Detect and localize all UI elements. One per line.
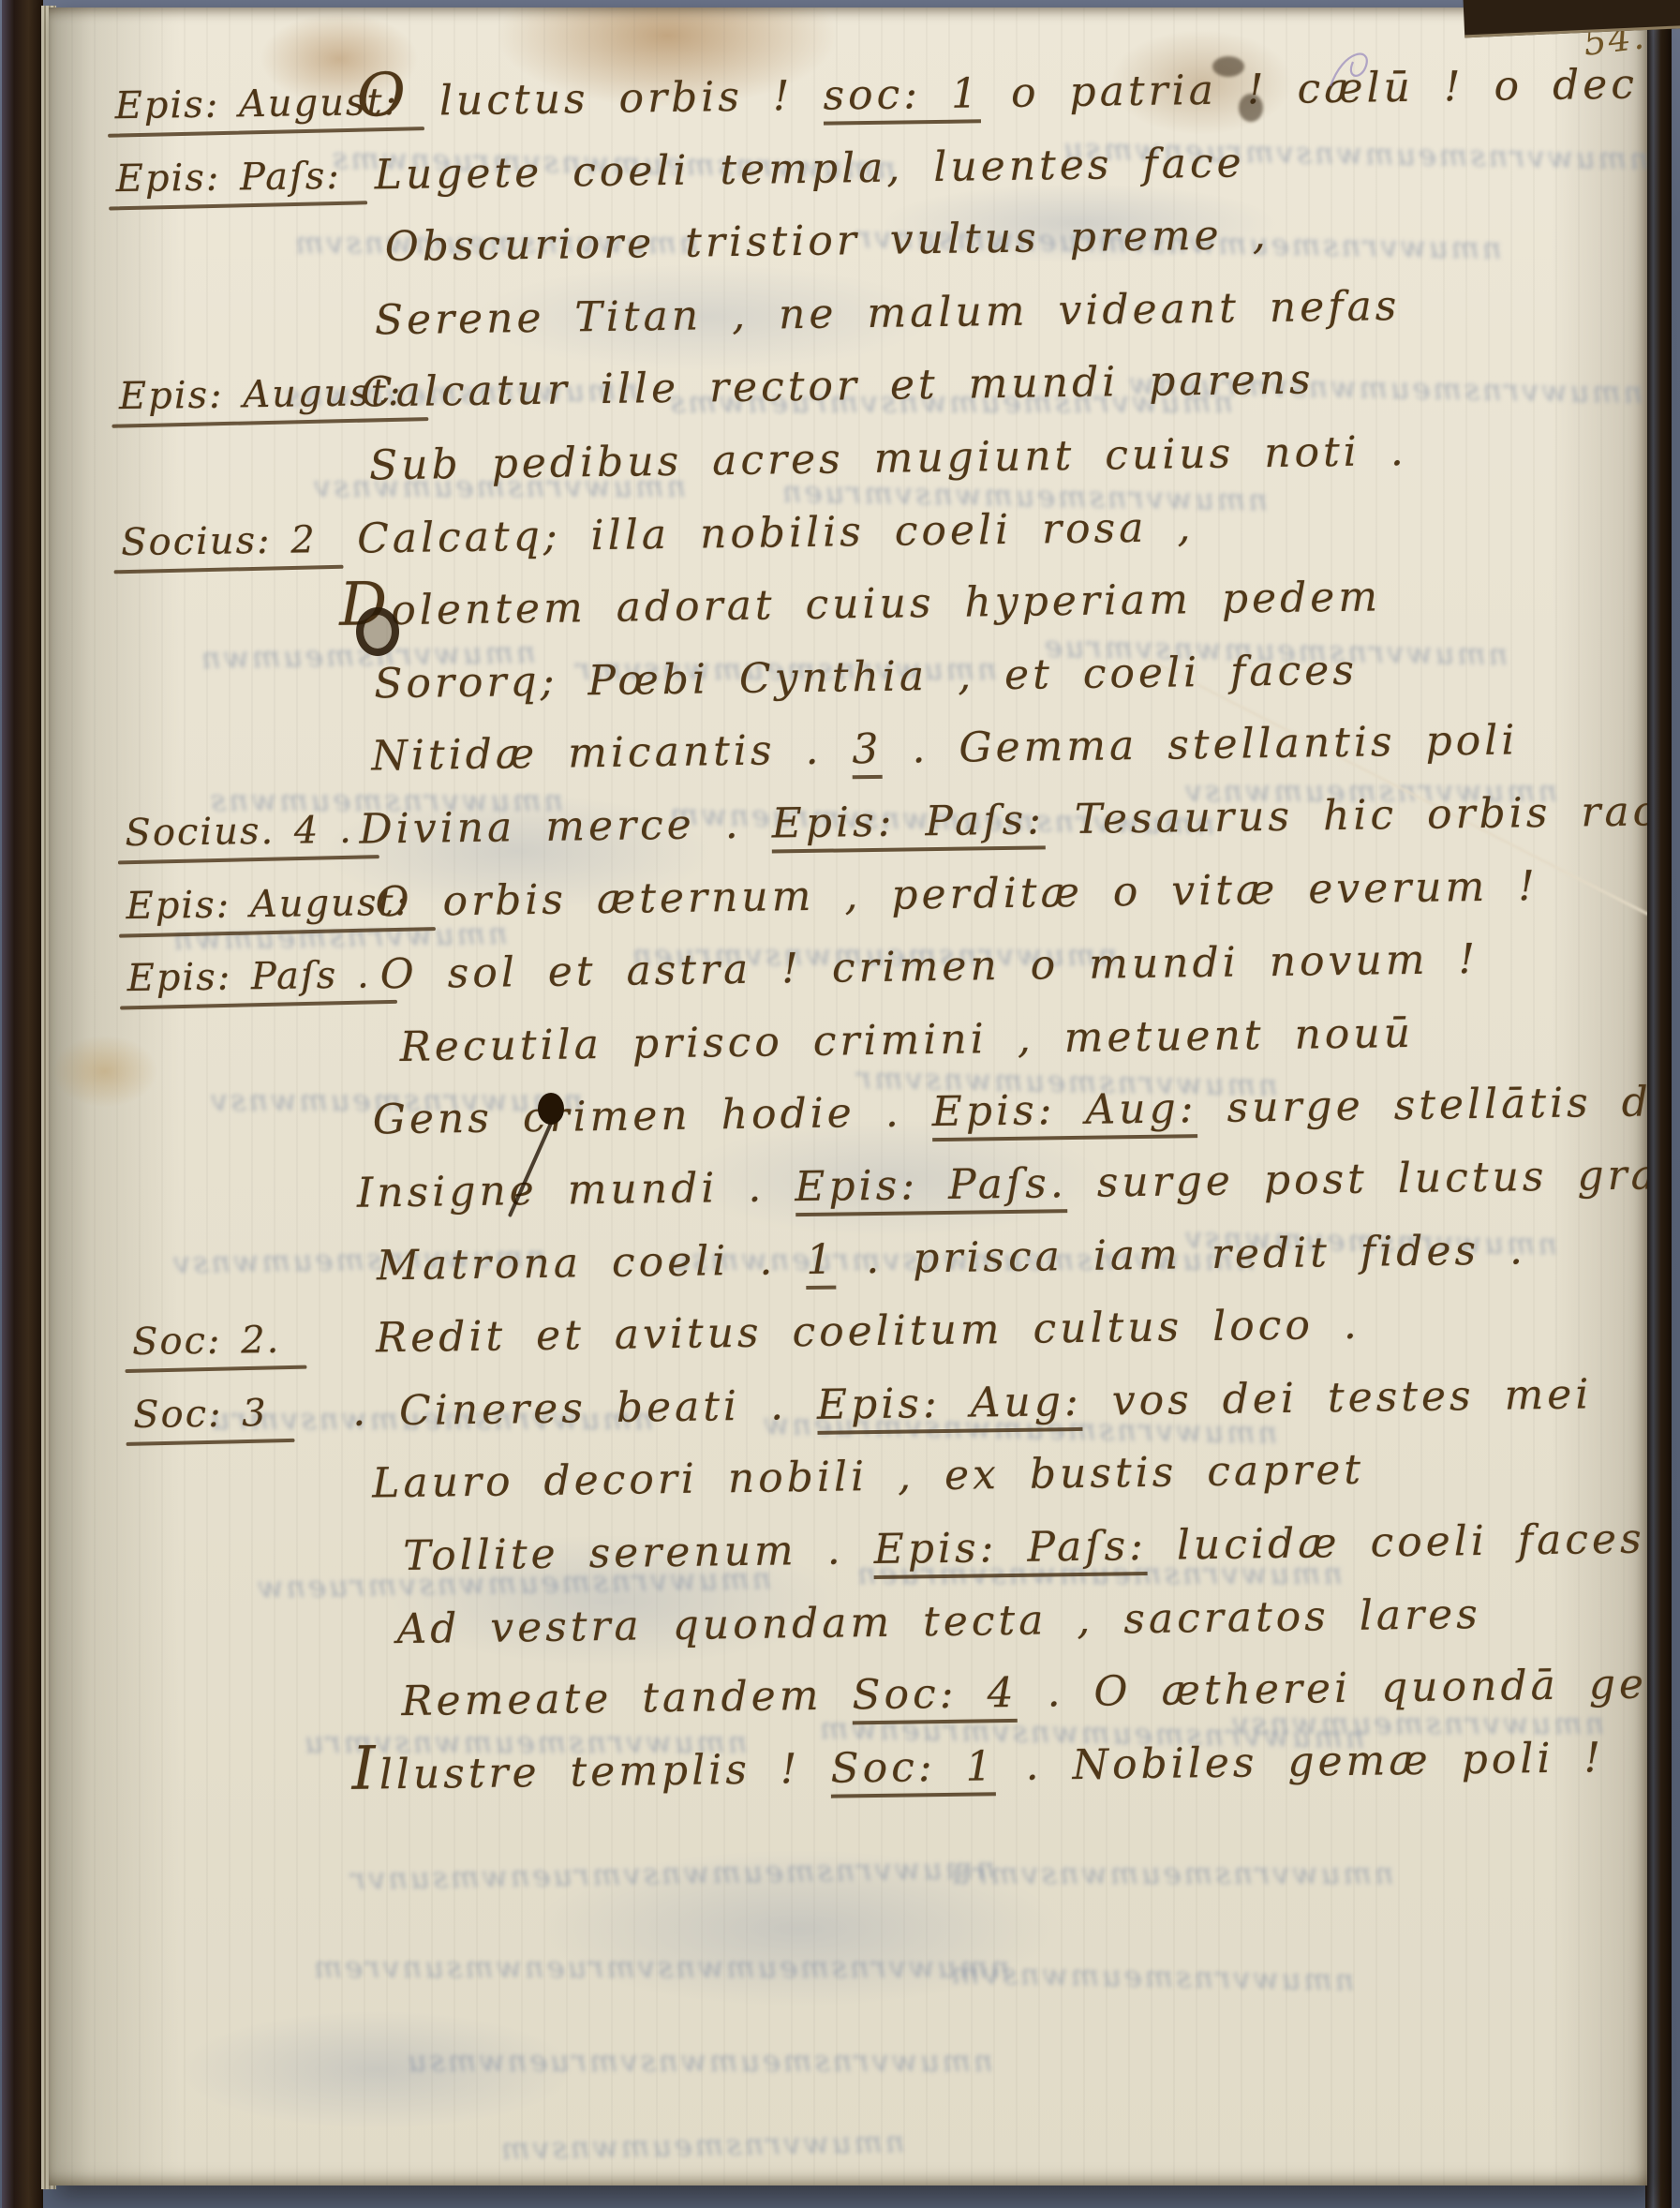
verse-text: Recutila prisco crimini , metuent nouū <box>399 998 1414 1083</box>
text-segment: . prisca iam redit fides . <box>836 1226 1526 1283</box>
text-segment: . Gemma stellantis poli <box>882 717 1519 773</box>
verse-text: Nitidæ micantis . 3 . Gemma stellantis p… <box>371 706 1519 793</box>
ink-blot <box>356 607 399 656</box>
text-segment: vos dei testes mei <box>1081 1370 1592 1425</box>
underlined-cue: Epis: Paſs: <box>771 796 1045 853</box>
text-segment: Obscuriore tristior vultus preme , <box>384 211 1270 271</box>
verse-text: Dolentem adorat cuius hyperiam pedem <box>339 562 1382 649</box>
pen-squiggle <box>1323 41 1389 97</box>
text-segment: Calcatur ille rector et mundi parens <box>361 356 1315 417</box>
verse-text: Serene Titan , ne malum videant nefas <box>374 271 1401 356</box>
text-segment: luctus orbis ! <box>409 72 824 126</box>
text-segment: O orbis æternum , perditæ o vitæ everum … <box>375 862 1539 926</box>
speaker-label: Soc: 2. <box>132 1305 281 1378</box>
speaker-label: Soc: 3 <box>133 1378 269 1451</box>
underlined-cue: Epis: Paſs. <box>795 1159 1067 1216</box>
text-segment: Lugete coeli templa, luentes face <box>374 139 1245 199</box>
text-segment: Redit et avitus coelitum cultus loco . <box>376 1301 1361 1363</box>
text-segment: Insigne mundi . <box>357 1163 795 1217</box>
verse-text: Sororq; Pœbi Cynthia , et coeli faces <box>374 635 1359 721</box>
text-segment: Serene Titan , ne malum videant nefas <box>375 282 1401 344</box>
text-segment: Sub pedibus acres mugiunt cuius noti . <box>369 427 1407 489</box>
text-segment: llustre templis ! <box>379 1745 830 1799</box>
verse-text: Calcatq; illa nobilis coeli rosa , <box>357 492 1195 574</box>
text-segment: . Cineres beati . <box>352 1381 818 1436</box>
underlined-cue: Epis: Paſs: <box>873 1522 1147 1579</box>
text-segment: . O ætherei quondā genus <box>1017 1659 1647 1717</box>
text-segment: . Nobiles gemæ poli ! <box>995 1734 1604 1790</box>
verse-text: Sub pedibus acres mugiunt cuius noti . <box>369 416 1408 501</box>
text-segment: Lauro decori nobili , ex bustis capret <box>372 1446 1365 1508</box>
speaker-label: Epis: Paſs: <box>115 140 341 214</box>
underlined-cue: Soc: 1 <box>830 1742 996 1798</box>
verse-text: Lugete coeli templa, luentes face <box>374 127 1245 211</box>
text-segment: Remeate tandem <box>401 1672 853 1726</box>
flourished-initial: I <box>351 1734 379 1803</box>
speaker-label: Epis: August: <box>126 866 409 941</box>
text-segment: Tollite serenum . <box>403 1526 874 1580</box>
verse-text: Calcatur ille rector et mundi parens <box>360 345 1315 429</box>
text-segment: Gens crimen hodie . <box>372 1089 932 1144</box>
verse-text: Ad vestra quondam tecta , sacratos lares <box>396 1579 1481 1665</box>
ink-smudge <box>1212 56 1244 77</box>
underlined-cue: Soc: 4 <box>852 1669 1018 1724</box>
text-segment: Nitidæ micantis . <box>371 726 853 781</box>
verse-text: Lauro decori nobili , ex bustis capret <box>372 1435 1365 1520</box>
text-segment: Recutila prisco crimini , metuent nouū <box>399 1009 1414 1071</box>
text-segment: Matrona coeli . <box>377 1236 807 1290</box>
text-segment: olentem adorat cuius hyperiam pedem <box>391 574 1381 635</box>
text-segment: Calcatq; illa nobilis coeli rosa , <box>357 503 1195 562</box>
speaker-label: Epis: Paſs . <box>126 940 371 1015</box>
text-segment: surge post luctus gra <box>1066 1151 1647 1207</box>
verse-text: O sol et astra ! crimen o mundi novum ! <box>379 924 1479 1010</box>
handwritten-text-layer: Epis: August:O luctus orbis ! soc: 1 o p… <box>49 7 1647 2186</box>
speaker-label: Socius: 2 <box>121 504 318 578</box>
text-segment: O sol et astra ! crimen o mundi novum ! <box>379 935 1479 998</box>
speaker-label: Socius. 4 . <box>125 795 353 869</box>
verse-text: Obscuriore tristior vultus preme , <box>384 200 1270 283</box>
ink-blot <box>538 1093 564 1125</box>
manuscript-page: nmuwvrnsmeumwnsvmruenwmsnmuwvrnsmeumwnsv… <box>49 7 1647 2186</box>
text-segment: Ad vestra quondam tecta , sacratos lares <box>396 1590 1481 1653</box>
text-segment: lucidæ coeli faces <box>1147 1515 1645 1570</box>
text-segment: Tesaurus hic orbis rac <box>1045 787 1647 843</box>
text-segment: surge stellātis dea <box>1197 1078 1647 1133</box>
underlined-cue: 1 <box>806 1235 837 1289</box>
underlined-cue: Epis: Aug: <box>817 1378 1083 1435</box>
book-cover-right-edge <box>1645 17 1672 2208</box>
underlined-cue: 3 <box>852 725 883 779</box>
photograph-background: nmuwvrnsmeumwnsvmruenwmsnmuwvrnsmeumwnsv… <box>0 0 1680 2208</box>
verse-text: Redit et avitus coelitum cultus loco . <box>376 1290 1361 1375</box>
flourished-initial: O <box>356 61 409 131</box>
underlined-cue: Epis: Aug: <box>931 1085 1197 1142</box>
text-segment: Sororq; Pœbi Cynthia , et coeli faces <box>374 647 1358 709</box>
text-segment: Divina merce . <box>359 799 772 853</box>
book-spine-edge <box>2 0 43 2208</box>
text-segment: o patria ! cælū ! o dec <box>981 61 1639 118</box>
underlined-cue: soc: 1 <box>823 69 981 125</box>
ink-smudge <box>1239 94 1263 122</box>
